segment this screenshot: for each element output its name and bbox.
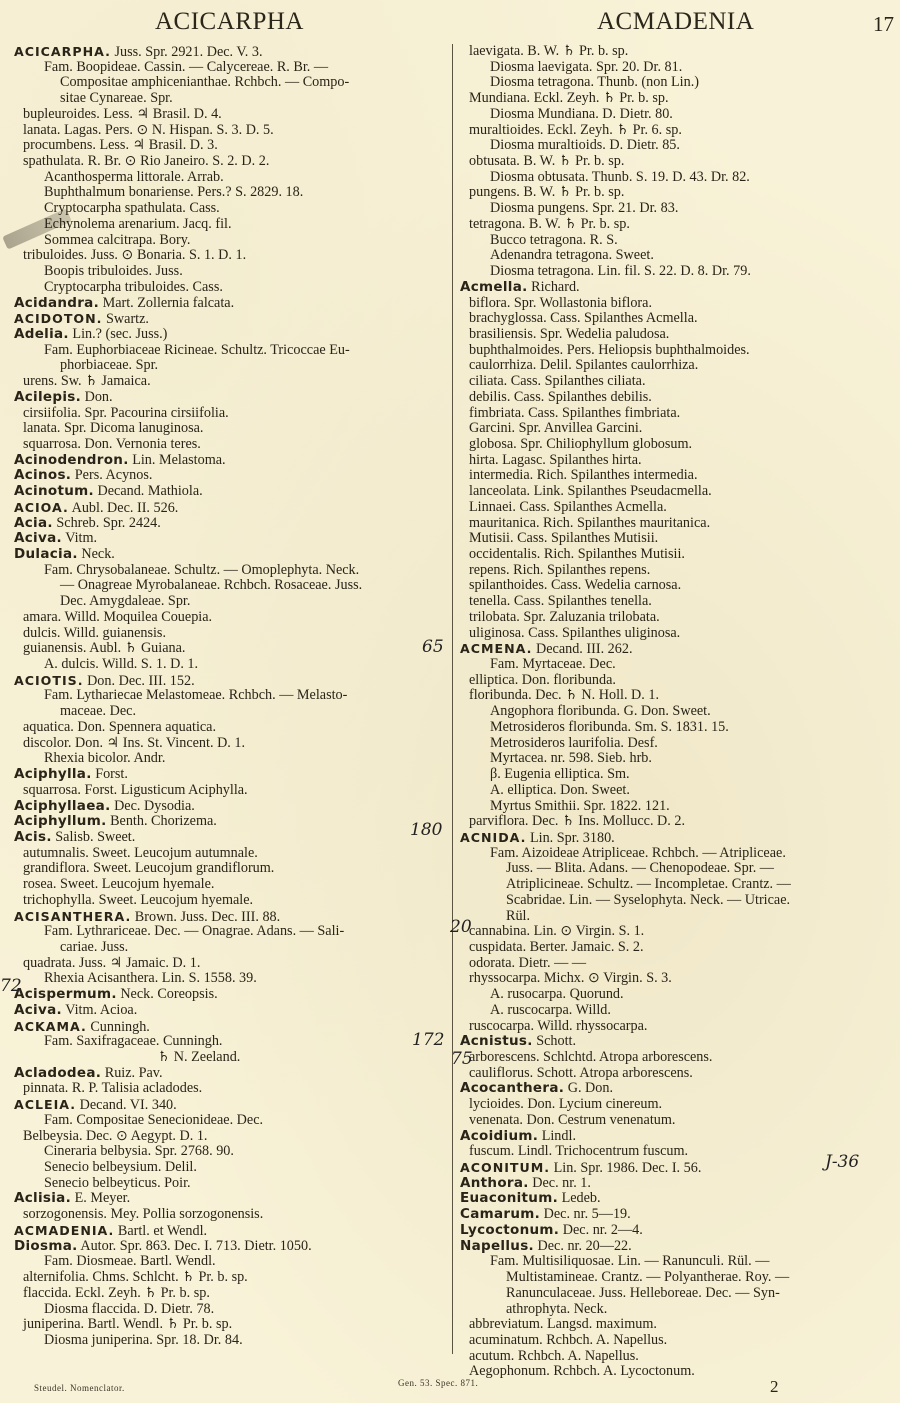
synonym-line: Fam. Lythariecae Melastomeae. Rchbch. — … (14, 688, 444, 704)
synonym-line: Fam. Chrysobalaneae. Schultz. — Omopleph… (14, 563, 444, 579)
synonym-line: Echynolema arenarium. Jacq. fil. (14, 217, 444, 233)
synonym-line: Juss. — Blita. Adans. — Chenopodeae. Spr… (460, 861, 900, 877)
species-entry: Aegophonum. Rchbch. A. Lycoctonum. (460, 1364, 900, 1380)
genus-name: ACIOTIS. (14, 673, 84, 688)
genus-authority: Mart. Zollernia falcata. (99, 295, 234, 311)
handwritten-note: 65 (422, 637, 444, 657)
synonym-line: Diosma muraltioids. D. Dietr. 85. (460, 138, 900, 154)
species-entry: elliptica. Don. floribunda. (460, 673, 900, 689)
species-entry: lanata. Spr. Dicoma lanuginosa. (14, 421, 444, 437)
genus-entry: Acinodendron. Lin. Melastoma. (14, 453, 444, 469)
species-entry: abbreviatum. Langsd. maximum. (460, 1317, 900, 1333)
genus-authority: Aubl. Dec. II. 526. (69, 500, 179, 516)
synonym-line: Buphthalmum bonariense. Pers.? S. 2829. … (14, 185, 444, 201)
genus-name: Dulacia. (14, 546, 78, 562)
species-entry: Garcini. Spr. Anvillea Garcini. (460, 421, 900, 437)
genus-name: Aciphylla. (14, 766, 92, 782)
genus-authority: Brown. Juss. Dec. III. 88. (131, 909, 280, 925)
genus-name: Acilepis. (14, 389, 81, 405)
species-entry: flaccida. Eckl. Zeyh. ♄ Pr. b. sp. (14, 1286, 444, 1302)
genus-entry: Acnistus. Schott. (460, 1034, 900, 1050)
genus-name: Acnistus. (460, 1033, 533, 1049)
genus-name: Aclisia. (14, 1190, 71, 1206)
genus-name: Acispermum. (14, 986, 117, 1002)
genus-name: ACIDOTON. (14, 311, 102, 326)
synonym-line: Metrosideros laurifolia. Desf. (460, 736, 900, 752)
genus-entry: ACLEIA. Decand. VI. 340. (14, 1097, 444, 1113)
synonym-line: Rhexia bicolor. Andr. (14, 751, 444, 767)
synonym-line: Scabridae. Lin. — Syselophyta. Neck. — U… (460, 893, 900, 909)
genus-entry: Acladodea. Ruiz. Pav. (14, 1066, 444, 1082)
genus-authority: Lin.? (sec. Juss.) (69, 326, 168, 342)
synonym-line: Fam. Boopideae. Cassin. — Calycereae. R.… (14, 60, 444, 76)
genus-authority: Don. Dec. III. 152. (84, 673, 195, 689)
species-entry: spathulata. R. Br. ⊙ Rio Janeiro. S. 2. … (14, 154, 444, 170)
genus-authority: Decand. VI. 340. (76, 1097, 177, 1113)
genus-authority: Dec. nr. 20—22. (534, 1238, 632, 1254)
species-entry: caulorrhiza. Delil. Spilantes caulorrhiz… (460, 358, 900, 374)
synonym-line: Fam. Saxifragaceae. Cunningh. (14, 1034, 444, 1050)
genus-entry: Adelia. Lin.? (sec. Juss.) (14, 327, 444, 343)
genus-authority: Cunningh. (87, 1019, 150, 1035)
running-head-left: ACICARPHA (155, 8, 304, 36)
synonym-line: Adenandra tetragona. Sweet. (460, 248, 900, 264)
synonym-line: Cryptocarpha tribuloides. Cass. (14, 280, 444, 296)
genus-entry: Aciva. Vitm. Acioa. (14, 1003, 444, 1019)
synonym-line: Diosma pungens. Spr. 21. Dr. 83. (460, 201, 900, 217)
species-entry: cannabina. Lin. ⊙ Virgin. S. 1. (460, 924, 900, 940)
species-entry: lanata. Lagas. Pers. ⊙ N. Hispan. S. 3. … (14, 123, 444, 139)
synonym-line: Diosma flaccida. D. Dietr. 78. (14, 1302, 444, 1318)
synonym-line: A. dulcis. Willd. S. 1. D. 1. (14, 657, 444, 673)
footer-center: Gen. 53. Spec. 871. (398, 1378, 478, 1388)
genus-authority: Juss. Spr. 2921. Dec. V. 3. (111, 44, 263, 60)
genus-name: Aciphyllaea. (14, 798, 111, 814)
synonym-line: Sommea calcitrapa. Bory. (14, 233, 444, 249)
genus-entry: Napellus. Dec. nr. 20—22. (460, 1239, 900, 1255)
genus-authority: Vitm. (62, 530, 97, 546)
synonym-line: Rül. (460, 909, 900, 925)
synonym-line: Fam. Lythrariceae. Dec. — Onagrae. Adans… (14, 924, 444, 940)
species-entry: cuspidata. Berter. Jamaic. S. 2. (460, 940, 900, 956)
genus-name: ACKAMA. (14, 1019, 87, 1034)
right-column: laevigata. B. W. ♄ Pr. b. sp.Diosma laev… (460, 44, 900, 1380)
species-entry: autumnalis. Sweet. Leucojum autumnale. (14, 846, 444, 862)
genus-name: Napellus. (460, 1238, 534, 1254)
genus-name: ACNIDA. (460, 830, 526, 845)
synonym-line: Diosma tetragona. Thunb. (non Lin.) (460, 75, 900, 91)
genus-authority: Vitm. Acioa. (62, 1002, 137, 1018)
genus-name: Acocanthera. (460, 1080, 564, 1096)
species-entry: hirta. Lagasc. Spilanthes hirta. (460, 453, 900, 469)
species-entry: pungens. B. W. ♄ Pr. b. sp. (460, 185, 900, 201)
genus-name: Acoidium. (460, 1128, 538, 1144)
handwritten-note: 20 (450, 917, 472, 937)
genus-entry: Acispermum. Neck. Coreopsis. (14, 987, 444, 1003)
synonym-line: sitae Cynareae. Spr. (14, 91, 444, 107)
genus-entry: Aciva. Vitm. (14, 531, 444, 547)
species-entry: venenata. Don. Cestrum venenatum. (460, 1113, 900, 1129)
genus-name: Adelia. (14, 326, 69, 342)
species-entry: parviflora. Dec. ♄ Ins. Mollucc. D. 2. (460, 814, 900, 830)
species-entry: squarrosa. Don. Vernonia teres. (14, 437, 444, 453)
genus-entry: Acinos. Pers. Acynos. (14, 468, 444, 484)
species-entry: debilis. Cass. Spilanthes debilis. (460, 390, 900, 406)
genus-name: Acinodendron. (14, 452, 129, 468)
synonym-line: Diosma laevigata. Spr. 20. Dr. 81. (460, 60, 900, 76)
genus-entry: Diosma. Autor. Spr. 863. Dec. I. 713. Di… (14, 1239, 444, 1255)
synonym-line: Ranunculaceae. Juss. Helleboreae. Dec. —… (460, 1286, 900, 1302)
species-entry: brasiliensis. Spr. Wedelia paludosa. (460, 327, 900, 343)
species-entry: rhyssocarpa. Michx. ⊙ Virgin. S. 3. (460, 971, 900, 987)
species-entry: procumbens. Less. ♃ Brasil. D. 3. (14, 138, 444, 154)
handwritten-note: 172 (412, 1030, 444, 1050)
genus-name: Acladodea. (14, 1065, 101, 1081)
synonym-line: Fam. Multisiliquosae. Lin. — Ranunculi. … (460, 1254, 900, 1270)
species-entry: sorzogonensis. Mey. Pollia sorzogonensis… (14, 1207, 444, 1223)
species-entry: floribunda. Dec. ♄ N. Holl. D. 1. (460, 688, 900, 704)
species-entry: intermedia. Rich. Spilanthes intermedia. (460, 468, 900, 484)
species-entry: mauritanica. Rich. Spilanthes mauritanic… (460, 516, 900, 532)
genus-name: ACICARPHA. (14, 44, 111, 59)
genus-entry: ACISANTHERA. Brown. Juss. Dec. III. 88. (14, 909, 444, 925)
genus-name: Acis. (14, 829, 52, 845)
synonym-line: Dec. Amygdaleae. Spr. (14, 594, 444, 610)
species-entry: brachyglossa. Cass. Spilanthes Acmella. (460, 311, 900, 327)
genus-entry: Acinotum. Decand. Mathiola. (14, 484, 444, 500)
genus-entry: Lycoctonum. Dec. nr. 2—4. (460, 1223, 900, 1239)
synonym-line: Senecio belbeyticus. Poir. (14, 1176, 444, 1192)
species-entry: grandiflora. Sweet. Leucojum grandifloru… (14, 861, 444, 877)
genus-name: Euaconitum. (460, 1190, 558, 1206)
genus-entry: ACIOA. Aubl. Dec. II. 526. (14, 500, 444, 516)
species-entry: occidentalis. Rich. Spilanthes Mutisii. (460, 547, 900, 563)
genus-entry: Aclisia. E. Meyer. (14, 1191, 444, 1207)
genus-name: Diosma. (14, 1238, 78, 1254)
genus-name: Acia. (14, 515, 53, 531)
species-entry: acutum. Rchbch. A. Napellus. (460, 1349, 900, 1365)
genus-authority: Schott. (533, 1033, 576, 1049)
genus-authority: Decand. III. 262. (532, 641, 632, 657)
genus-entry: Aciphylla. Forst. (14, 767, 444, 783)
genus-entry: ACMENA. Decand. III. 262. (460, 641, 900, 657)
footer-left: Steudel. Nomenclator. (34, 1383, 125, 1393)
synonym-line: Cineraria belbysia. Spr. 2768. 90. (14, 1144, 444, 1160)
genus-entry: Acocanthera. G. Don. (460, 1081, 900, 1097)
synonym-line: athrophyta. Neck. (460, 1302, 900, 1318)
synonym-line: Diosma juniperina. Spr. 18. Dr. 84. (14, 1333, 444, 1349)
species-entry: cirsiifolia. Spr. Pacourina cirsiifolia. (14, 406, 444, 422)
genus-entry: Aciphyllaea. Dec. Dysodia. (14, 799, 444, 815)
species-entry: dulcis. Willd. guianensis. (14, 626, 444, 642)
synonym-line: Fam. Diosmeae. Bartl. Wendl. (14, 1254, 444, 1270)
handwritten-note: 75 (451, 1049, 473, 1069)
species-entry: muraltioides. Eckl. Zeyh. ♄ Pr. 6. sp. (460, 123, 900, 139)
genus-authority: Salisb. Sweet. (52, 829, 136, 845)
genus-name: ACLEIA. (14, 1097, 76, 1112)
genus-entry: Camarum. Dec. nr. 5—19. (460, 1207, 900, 1223)
species-entry: Mundiana. Eckl. Zeyh. ♄ Pr. b. sp. (460, 91, 900, 107)
genus-entry: Aciphyllum. Benth. Chorizema. (14, 814, 444, 830)
synonym-line: ♄ N. Zeeland. (14, 1050, 444, 1066)
synonym-line: Metrosideros floribunda. Sm. S. 1831. 15… (460, 720, 900, 736)
synonym-line: phorbiaceae. Spr. (14, 358, 444, 374)
species-entry: fimbriata. Cass. Spilanthes fimbriata. (460, 406, 900, 422)
synonym-line: Cryptocarpha spathulata. Cass. (14, 201, 444, 217)
genus-authority: Richard. (528, 279, 580, 295)
handwritten-note: J-36 (825, 1152, 859, 1172)
genus-authority: Lin. Spr. 3180. (526, 830, 614, 846)
synonym-line: Fam. Myrtaceae. Dec. (460, 657, 900, 673)
genus-authority: Ruiz. Pav. (101, 1065, 162, 1081)
genus-authority: Don. (81, 389, 113, 405)
synonym-line: Multistamineae. Crantz. — Polyantherae. … (460, 1270, 900, 1286)
species-entry: lanceolata. Link. Spilanthes Pseudacmell… (460, 484, 900, 500)
species-entry: squarrosa. Forst. Ligusticum Aciphylla. (14, 783, 444, 799)
genus-authority: G. Don. (564, 1080, 613, 1096)
genus-entry: ACKAMA. Cunningh. (14, 1019, 444, 1035)
running-head-right: ACMADENIA (597, 8, 754, 36)
genus-entry: Acidandra. Mart. Zollernia falcata. (14, 296, 444, 312)
species-entry: discolor. Don. ♃ Ins. St. Vincent. D. 1. (14, 736, 444, 752)
genus-name: Acinos. (14, 467, 71, 483)
genus-authority: Benth. Chorizema. (107, 813, 217, 829)
genus-name: Anthora. (460, 1175, 529, 1191)
species-entry: aquatica. Don. Spennera aquatica. (14, 720, 444, 736)
species-entry: alternifolia. Chms. Schlcht. ♄ Pr. b. sp… (14, 1270, 444, 1286)
genus-name: Lycoctonum. (460, 1222, 559, 1238)
synonym-line: Diosma tetragona. Lin. fil. S. 22. D. 8.… (460, 264, 900, 280)
synonym-line: cariae. Juss. (14, 940, 444, 956)
species-entry: spilanthoides. Cass. Wedelia carnosa. (460, 578, 900, 594)
species-entry: tetragona. B. W. ♄ Pr. b. sp. (460, 217, 900, 233)
genus-authority: Neck. Coreopsis. (117, 986, 218, 1002)
genus-authority: Pers. Acynos. (71, 467, 152, 483)
synonym-line: Myrtus Smithii. Spr. 1822. 121. (460, 799, 900, 815)
synonym-line: Diosma obtusata. Thunb. S. 19. D. 43. Dr… (460, 170, 900, 186)
species-entry: globosa. Spr. Chiliophyllum globosum. (460, 437, 900, 453)
species-entry: pinnata. R. P. Talisia acladodes. (14, 1081, 444, 1097)
synonym-line: Senecio belbeysium. Delil. (14, 1160, 444, 1176)
species-entry: guianensis. Aubl. ♄ Guiana. (14, 641, 444, 657)
genus-authority: Neck. (78, 546, 115, 562)
genus-entry: Acis. Salisb. Sweet. (14, 830, 444, 846)
species-entry: buphthalmoides. Pers. Heliopsis buphthal… (460, 343, 900, 359)
genus-name: ACISANTHERA. (14, 909, 131, 924)
synonym-line: Fam. Aizoideae Atripliceae. Rchbch. — At… (460, 846, 900, 862)
genus-authority: Ledeb. (558, 1190, 601, 1206)
dictionary-page: ACICARPHA ACMADENIA 17 ACICARPHA. Juss. … (0, 0, 900, 1403)
genus-authority: Forst. (92, 766, 128, 782)
genus-authority: Schreb. Spr. 2424. (53, 515, 161, 531)
species-entry: trichophylla. Sweet. Leucojum hyemale. (14, 893, 444, 909)
genus-entry: Anthora. Dec. nr. 1. (460, 1176, 900, 1192)
synonym-line: Bucco tetragona. R. S. (460, 233, 900, 249)
genus-authority: Dec. nr. 5—19. (540, 1206, 631, 1222)
species-entry: bupleuroides. Less. ♃ Brasil. D. 4. (14, 107, 444, 123)
genus-authority: Lin. Spr. 1986. Dec. I. 56. (550, 1160, 701, 1176)
genus-name: ACIOA. (14, 500, 69, 515)
genus-name: Camarum. (460, 1206, 540, 1222)
synonym-line: Boopis tribuloides. Juss. (14, 264, 444, 280)
genus-name: Aciphyllum. (14, 813, 107, 829)
species-entry: cauliflorus. Schott. Atropa arborescens. (460, 1066, 900, 1082)
left-column: ACICARPHA. Juss. Spr. 2921. Dec. V. 3.Fa… (14, 44, 444, 1349)
synonym-line: Myrtacea. nr. 598. Sieb. hrb. (460, 751, 900, 767)
genus-name: Aciva. (14, 1002, 62, 1018)
handwritten-note: 72 (0, 976, 22, 996)
species-entry: trilobata. Spr. Zaluzania trilobata. (460, 610, 900, 626)
species-entry: uliginosa. Cass. Spilanthes uliginosa. (460, 626, 900, 642)
genus-authority: Decand. Mathiola. (94, 483, 203, 499)
genus-authority: Dec. nr. 1. (529, 1175, 591, 1191)
genus-entry: Acia. Schreb. Spr. 2424. (14, 516, 444, 532)
species-entry: amara. Willd. Moquilea Couepia. (14, 610, 444, 626)
species-entry: odorata. Dietr. — — (460, 956, 900, 972)
synonym-line: Fam. Compositae Senecionideae. Dec. (14, 1113, 444, 1129)
genus-authority: Bartl. et Wendl. (114, 1223, 207, 1239)
genus-authority: Autor. Spr. 863. Dec. I. 713. Dietr. 105… (78, 1238, 312, 1254)
synonym-line: Angophora floribunda. G. Don. Sweet. (460, 704, 900, 720)
synonym-line: A. ruscocarpa. Willd. (460, 1003, 900, 1019)
genus-entry: Acilepis. Don. (14, 390, 444, 406)
species-entry: Linnaei. Cass. Spilanthes Acmella. (460, 500, 900, 516)
genus-name: ACMENA. (460, 641, 532, 656)
genus-entry: Acmella. Richard. (460, 280, 900, 296)
species-entry: ciliata. Cass. Spilanthes ciliata. (460, 374, 900, 390)
synonym-line: Compositae amphicenianthae. Rchbch. — Co… (14, 75, 444, 91)
species-entry: Belbeysia. Dec. ⊙ Aegypt. D. 1. (14, 1129, 444, 1145)
species-entry: ruscocarpa. Willd. rhyssocarpa. (460, 1019, 900, 1035)
column-divider (452, 44, 453, 1354)
genus-authority: Lindl. (538, 1128, 576, 1144)
genus-name: Acinotum. (14, 483, 94, 499)
species-entry: repens. Rich. Spilanthes repens. (460, 563, 900, 579)
synonym-line: maceae. Dec. (14, 704, 444, 720)
synonym-line: Acanthosperma littorale. Arrab. (14, 170, 444, 186)
genus-entry: ACIDOTON. Swartz. (14, 311, 444, 327)
species-entry: lycioides. Don. Lycium cinereum. (460, 1097, 900, 1113)
genus-name: ACONITUM. (460, 1160, 550, 1175)
genus-entry: Acoidium. Lindl. (460, 1129, 900, 1145)
species-entry: Mutisii. Cass. Spilanthes Mutisii. (460, 531, 900, 547)
genus-entry: Euaconitum. Ledeb. (460, 1191, 900, 1207)
species-entry: arborescens. Schlchtd. Atropa arborescen… (460, 1050, 900, 1066)
species-entry: acuminatum. Rchbch. A. Napellus. (460, 1333, 900, 1349)
genus-name: ACMADENIA. (14, 1223, 114, 1238)
synonym-line: β. Eugenia elliptica. Sm. (460, 767, 900, 783)
species-entry: laevigata. B. W. ♄ Pr. b. sp. (460, 44, 900, 60)
species-entry: urens. Sw. ♄ Jamaica. (14, 374, 444, 390)
page-number: 17 (873, 12, 894, 37)
genus-authority: Dec. nr. 2—4. (559, 1222, 643, 1238)
genus-authority: Dec. Dysodia. (111, 798, 195, 814)
genus-entry: ACMADENIA. Bartl. et Wendl. (14, 1223, 444, 1239)
species-entry: rosea. Sweet. Leucojum hyemale. (14, 877, 444, 893)
species-entry: quadrata. Juss. ♃ Jamaic. D. 1. (14, 956, 444, 972)
genus-name: Acidandra. (14, 295, 99, 311)
species-entry: tribuloides. Juss. ⊙ Bonaria. S. 1. D. 1… (14, 248, 444, 264)
genus-entry: ACNIDA. Lin. Spr. 3180. (460, 830, 900, 846)
synonym-line: Diosma Mundiana. D. Dietr. 80. (460, 107, 900, 123)
signature-mark: 2 (770, 1377, 779, 1397)
genus-authority: E. Meyer. (71, 1190, 130, 1206)
synonym-line: Atriplicineae. Schultz. — Incompletae. C… (460, 877, 900, 893)
synonym-line: Fam. Euphorbiaceae Ricineae. Schultz. Tr… (14, 343, 444, 359)
species-entry: tenella. Cass. Spilanthes tenella. (460, 594, 900, 610)
genus-name: Acmella. (460, 279, 528, 295)
synonym-line: — Onagreae Myrobalaneae. Rchbch. Rosacea… (14, 578, 444, 594)
genus-entry: ACIOTIS. Don. Dec. III. 152. (14, 673, 444, 689)
genus-name: Aciva. (14, 530, 62, 546)
synonym-line: Rhexia Acisanthera. Lin. S. 1558. 39. (14, 971, 444, 987)
genus-authority: Swartz. (102, 311, 149, 327)
genus-authority: Lin. Melastoma. (129, 452, 226, 468)
synonym-line: A. elliptica. Don. Sweet. (460, 783, 900, 799)
genus-entry: Dulacia. Neck. (14, 547, 444, 563)
species-entry: biflora. Spr. Wollastonia biflora. (460, 296, 900, 312)
synonym-line: A. rusocarpa. Quorund. (460, 987, 900, 1003)
species-entry: obtusata. B. W. ♄ Pr. b. sp. (460, 154, 900, 170)
genus-entry: ACICARPHA. Juss. Spr. 2921. Dec. V. 3. (14, 44, 444, 60)
handwritten-note: 180 (410, 820, 442, 840)
species-entry: juniperina. Bartl. Wendl. ♄ Pr. b. sp. (14, 1317, 444, 1333)
